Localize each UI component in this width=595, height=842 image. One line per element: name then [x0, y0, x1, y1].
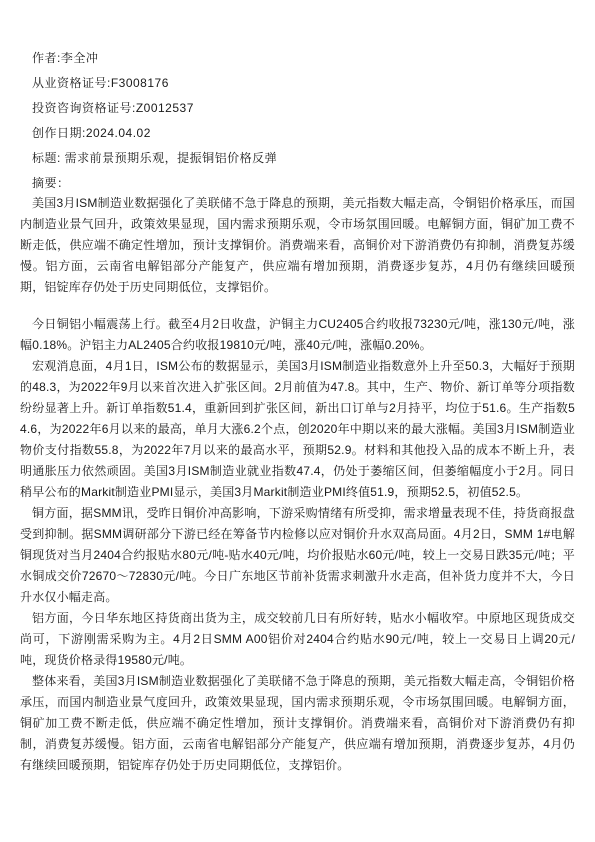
- author-line: 作者:李全冲: [20, 52, 575, 64]
- copper-paragraph: 铜方面，据SMM讯，受昨日铜价冲高影响，下游采购情绪有所受抑，需求增量表现不佳，…: [20, 503, 575, 608]
- practice-cert-line: 从业资格证号:F3008176: [20, 77, 575, 89]
- summary-paragraph: 美国3月ISM制造业数据强化了美联储不急于降息的预期，美元指数大幅走高，令铜铝价…: [20, 193, 575, 298]
- aluminum-paragraph: 铝方面，今日华东地区持货商出货为主，成交较前几日有所好转，贴水小幅收窄。中原地区…: [20, 608, 575, 671]
- report-title-line: 标题: 需求前景预期乐观，提振铜铝价格反弹: [20, 152, 575, 164]
- created-date-line: 创作日期:2024.04.02: [20, 127, 575, 139]
- market-close-paragraph: 今日铜铝小幅震荡上行。截至4月2日收盘，沪铜主力CU2405合约收报73230元…: [20, 314, 575, 356]
- advisory-cert-line: 投资咨询资格证号:Z0012537: [20, 102, 575, 114]
- overall-view-paragraph: 整体来看，美国3月ISM制造业数据强化了美联储不急于降息的预期，美元指数大幅走高…: [20, 671, 575, 776]
- abstract-label: 摘要：: [20, 177, 575, 189]
- macro-news-paragraph: 宏观消息面，4月1日，ISM公布的数据显示，美国3月ISM制造业指数意外上升至5…: [20, 356, 575, 503]
- report-page: 作者:李全冲 从业资格证号:F3008176 投资咨询资格证号:Z0012537…: [0, 0, 595, 842]
